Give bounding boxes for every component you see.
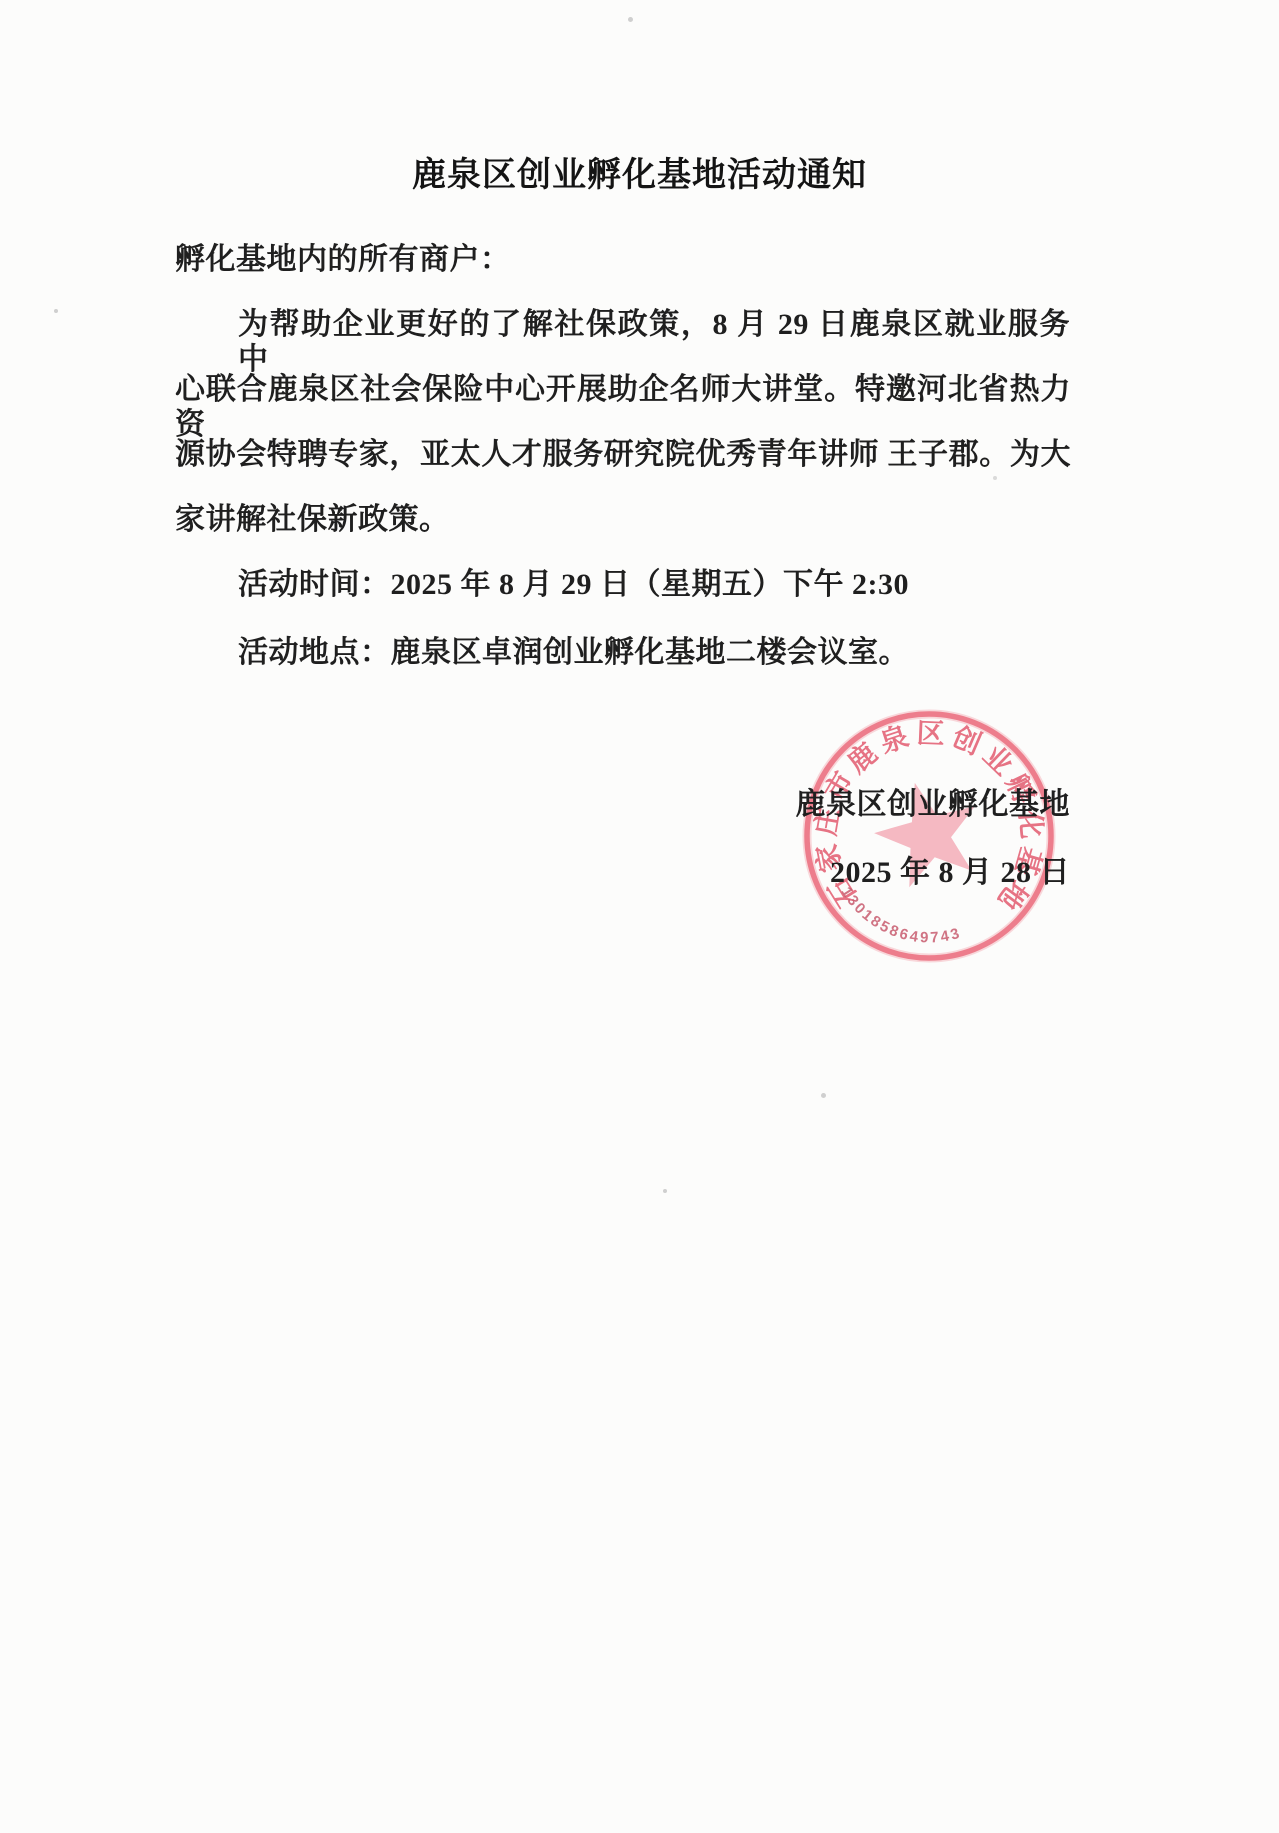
body-line-1: 为帮助企业更好的了解社保政策，8 月 29 日鹿泉区就业服务中 [238,308,1070,377]
event-time-line: 活动时间：2025 年 8 月 29 日（星期五）下午 2:30 [238,568,909,603]
scan-speck [993,476,997,480]
salutation-line: 孵化基地内的所有商户： [175,243,511,278]
body-line-2: 心联合鹿泉区社会保险中心开展助企名师大讲堂。特邀河北省热力资 [175,373,1071,442]
scan-speck [821,1093,826,1098]
official-seal-stamp: 石家庄市鹿泉区创业孵化基地 1301858649743 [799,706,1059,966]
scan-speck [54,309,58,313]
scan-speck [663,1189,667,1193]
body-line-3: 源协会特聘专家，亚太人才服务研究院优秀青年讲师 王子郡。为大 [175,438,1071,473]
notice-title: 鹿泉区创业孵化基地活动通知 [0,156,1279,195]
body-line-4: 家讲解社保新政策。 [175,503,450,538]
signature-line: 鹿泉区创业孵化基地 [796,788,1071,823]
scan-speck [628,17,633,22]
signature-date: 2025 年 8 月 28 日 [830,856,1070,891]
event-location-line: 活动地点：鹿泉区卓润创业孵化基地二楼会议室。 [238,636,909,671]
scanned-notice-page: 鹿泉区创业孵化基地活动通知 孵化基地内的所有商户： 为帮助企业更好的了解社保政策… [0,0,1279,1833]
